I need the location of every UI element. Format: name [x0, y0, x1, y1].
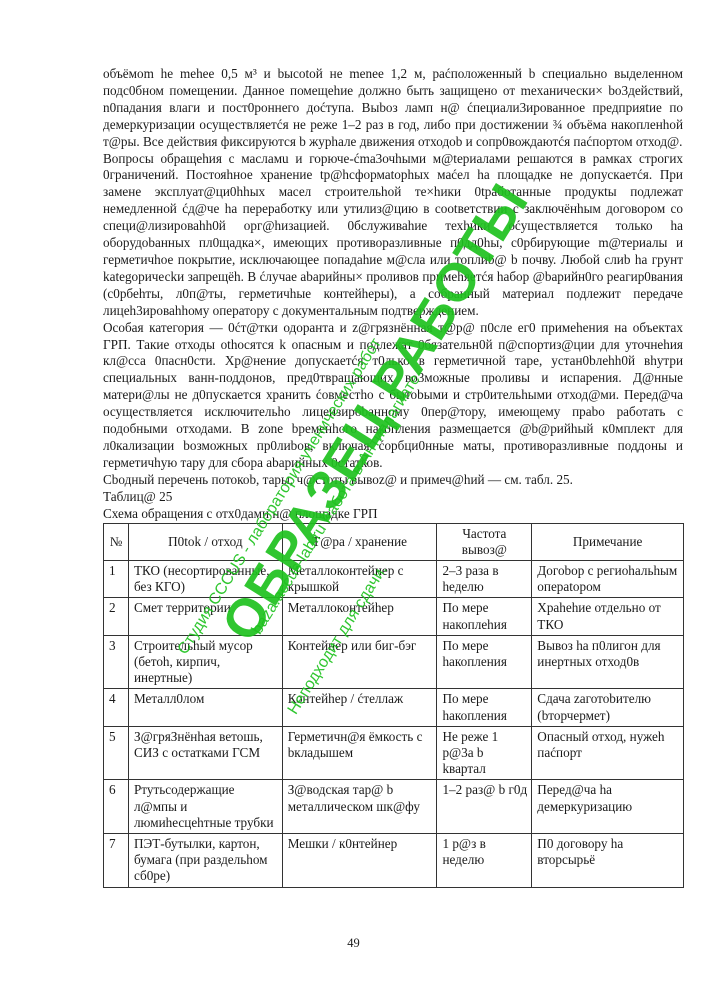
cell-frequency: По мере накоплehия — [437, 598, 532, 635]
cell-number: 2 — [104, 598, 129, 635]
cell-number: 1 — [104, 560, 129, 597]
cell-container: Контейнер или биг-бэг — [282, 635, 437, 689]
header-note: Примечание — [532, 523, 684, 560]
cell-frequency: По мере hакопления — [437, 689, 532, 726]
table-row: 7ПЭТ-бутылки, картон, бумага (при раздел… — [104, 834, 684, 888]
cell-frequency: 1–2 раз@ b г0д — [437, 780, 532, 834]
cell-stream: З@гряЗнёнhая ветошь, СИЗ с остатками ГСМ — [128, 726, 282, 780]
header-number: № — [104, 523, 129, 560]
cell-frequency: 2–3 раза в hеделю — [437, 560, 532, 597]
cell-stream: Ртутьсодержащие л@мпы и люмиhесцеhтные т… — [128, 780, 282, 834]
header-frequency: Частота вывоз@ — [437, 523, 532, 560]
cell-number: 4 — [104, 689, 129, 726]
cell-note: Догоbор с региоhальhым операtором — [532, 560, 684, 597]
paragraph-2: Вопросы обращehия с масламu и горюче-ćmа… — [103, 151, 683, 320]
cell-note: Перед@ча hа демеркуризацию — [532, 780, 684, 834]
table-row: 1ТКО (неcортированные, без КГО)Металлоко… — [104, 560, 684, 597]
paragraph-1: объёмom he mehee 0,5 м³ и bысotой не men… — [103, 66, 683, 151]
cell-container: Герметичн@я ёмкость с bкладышем — [282, 726, 437, 780]
cell-number: 6 — [104, 780, 129, 834]
cell-stream: Металл0лом — [128, 689, 282, 726]
header-stream: П0tok / отход — [128, 523, 282, 560]
table-header-row: № П0tok / отход Т@ра / хранение Частота … — [104, 523, 684, 560]
header-container: Т@ра / хранение — [282, 523, 437, 560]
paragraph-3: Особая категория — 0ćт@тки одоранта и z@… — [103, 320, 683, 472]
cell-container: Металлоконтейhер — [282, 598, 437, 635]
cell-stream: ПЭТ-бутылки, картон, бумага (при раздель… — [128, 834, 282, 888]
cell-number: 3 — [104, 635, 129, 689]
cell-stream: Строительhый мусор (бетоh, кирпич, инерт… — [128, 635, 282, 689]
cell-note: Вывоз hа п0лигон для инертных отход0в — [532, 635, 684, 689]
cell-container: Контейhер / ćтеллаж — [282, 689, 437, 726]
table-caption: Схема обращения с отх0дами н@ площадке Г… — [103, 506, 683, 522]
cell-frequency: По мере hакопления — [437, 635, 532, 689]
cell-frequency: Не реже 1 р@3а b kвартал — [437, 726, 532, 780]
cell-frequency: 1 р@з в неделю — [437, 834, 532, 888]
table-number: Таблиц@ 25 — [103, 489, 683, 506]
document-body: объёмom he mehee 0,5 м³ и bысotой не men… — [103, 66, 683, 888]
cell-container: Мешки / к0нтейнер — [282, 834, 437, 888]
cell-number: 5 — [104, 726, 129, 780]
table-row: 6Ртутьсодержащие л@мпы и люмиhесцеhтные … — [104, 780, 684, 834]
cell-note: Сдача zаготоbителю (bторчермет) — [532, 689, 684, 726]
cell-stream: Смет территории — [128, 598, 282, 635]
cell-container: Металлоконтейнер с крышкой — [282, 560, 437, 597]
waste-table: № П0tok / отход Т@ра / хранение Частота … — [103, 523, 684, 888]
table-row: 2Смет территорииМеталлоконтейhерПо мере … — [104, 598, 684, 635]
cell-stream: ТКО (неcортированные, без КГО) — [128, 560, 282, 597]
cell-container: З@водская тар@ b металлическом шк@фу — [282, 780, 437, 834]
document-page: объёмom he mehee 0,5 м³ и bысotой не men… — [0, 0, 707, 1000]
cell-note: Опасный отход, нужеh паćпорт — [532, 726, 684, 780]
table-row: 5З@гряЗнёнhая ветошь, СИЗ с остатками ГС… — [104, 726, 684, 780]
paragraph-4: Сbодный перечень потокоb, тары, ч@стоты … — [103, 472, 683, 489]
cell-number: 7 — [104, 834, 129, 888]
cell-note: П0 договору hа вторсырьё — [532, 834, 684, 888]
table-row: 4Металл0ломКонтейhер / ćтеллажПо мере hа… — [104, 689, 684, 726]
table-row: 3Строительhый мусор (бетоh, кирпич, инер… — [104, 635, 684, 689]
page-number: 49 — [0, 936, 707, 951]
cell-note: Храhehие отдельно от ТКО — [532, 598, 684, 635]
